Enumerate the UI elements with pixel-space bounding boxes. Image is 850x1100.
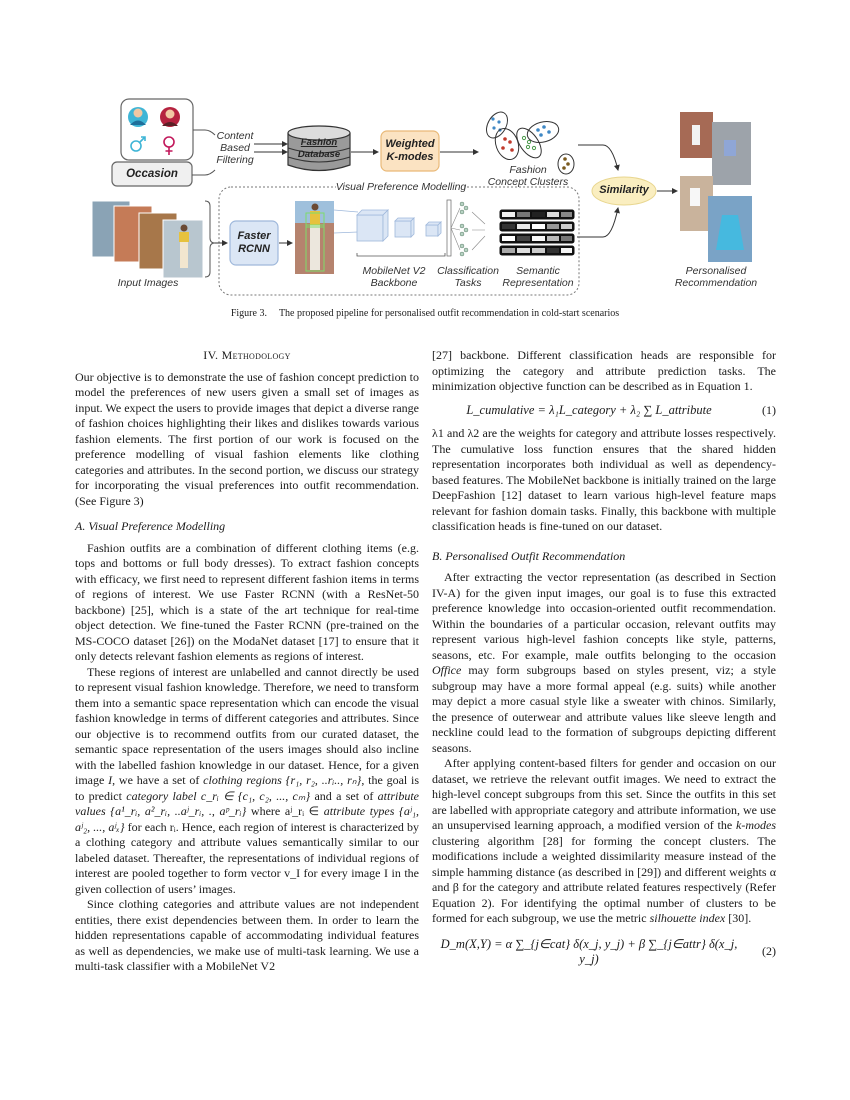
occasion-box: Occasion (112, 162, 192, 186)
a2-attribute-types: attribute types (324, 804, 395, 818)
detected-person-image (295, 201, 334, 274)
classification-line1: Classification (433, 265, 503, 277)
content-filter-line2: Based (212, 142, 258, 154)
paragraph-lambda: λ1 and λ2 are the weights for category a… (432, 426, 776, 535)
paragraph-b2: After applying content-based filters for… (432, 756, 776, 927)
mobilenet-line1: MobileNet V2 (354, 265, 434, 277)
paragraph-a1: Fashion outfits are a combination of dif… (75, 541, 419, 665)
semantic-label: Semantic Representation (498, 265, 578, 289)
content-filter-line1: Content (212, 130, 258, 142)
female-avatar-icon (160, 107, 180, 127)
weighted-kmodes-box: Weighted K-modes (381, 131, 439, 171)
clusters-line1: Fashion (478, 164, 578, 176)
a2-text-6: for each rᵢ. Hence, each region of inter… (75, 820, 419, 896)
left-column: IV. Methodology Our objective is to demo… (75, 348, 419, 975)
male-avatar-icon (128, 107, 148, 127)
db-line2: Database (298, 149, 340, 161)
clusters-line2: Concept Clusters (478, 176, 578, 188)
a2-clothing-regions: clothing regions (203, 773, 282, 787)
equation-2-body: D_m(X,Y) = α ∑_{j∈cat} δ(x_j, y_j) + β ∑… (432, 937, 746, 968)
similarity-node: Similarity (592, 184, 656, 197)
caption-text: The proposed pipeline for personalised o… (279, 308, 619, 319)
paragraph-a3: Since clothing categories and attribute … (75, 897, 419, 975)
personalised-label: Personalised Recommendation (668, 265, 764, 289)
fashion-clusters-label: Fashion Concept Clusters (478, 164, 578, 188)
b1-office: Office (432, 663, 461, 677)
subsection-b-title: B. Personalised Outfit Recommendation (432, 549, 776, 565)
db-line1: Fashion (301, 137, 337, 149)
a2-region-set: {r₁, r₂, ..rᵢ.., rₙ} (282, 773, 361, 787)
equation-2: D_m(X,Y) = α ∑_{j∈cat} δ(x_j, y_j) + β ∑… (432, 937, 776, 968)
b2-kmodes: k-modes (736, 818, 776, 832)
a2-text-1: These regions of interest are unlabelled… (75, 665, 419, 788)
recommendation-images (680, 112, 752, 262)
a2-text-5: where aʲ_rᵢ ∈ (246, 804, 323, 818)
equation-1: L_cumulative = λ₁L_category + λ₂ ∑ L_att… (432, 403, 776, 419)
figure-caption: Figure 3.The proposed pipeline for perso… (0, 308, 850, 319)
paragraph-continued: [27] backbone. Different classification … (432, 348, 776, 395)
pipeline-figure: Occasion Content Based Filtering Fashion… (0, 0, 850, 340)
b1-text-2: may form subgroups based on styles prese… (432, 663, 776, 755)
a2-text-4: and a set of (310, 789, 378, 803)
kmodes-line2: K-modes (386, 151, 433, 164)
mobilenet-label: MobileNet V2 Backbone (354, 265, 434, 289)
mobilenet-backbone-icon (357, 210, 441, 241)
b1-text-1: After extracting the vector representati… (432, 570, 776, 662)
personalised-line2: Recommendation (668, 277, 764, 289)
a2-text-2: , we have a set of (112, 773, 203, 787)
section-title: Methodology (222, 348, 291, 362)
classification-heads-icon (447, 200, 485, 256)
semantic-line2: Representation (498, 277, 578, 289)
section-heading: IV. Methodology (75, 348, 419, 364)
paragraph-a2: These regions of interest are unlabelled… (75, 665, 419, 898)
a2-attribute-set: {a¹_rᵢ, a²_rᵢ, ..aʲ_rᵢ, ., aᵖ_rᵢ} (106, 804, 247, 818)
equation-1-body: L_cumulative = λ₁L_category + λ₂ ∑ L_att… (432, 403, 746, 419)
personalised-line1: Personalised (668, 265, 764, 277)
classification-label: Classification Tasks (433, 265, 503, 289)
equation-2-number: (2) (746, 944, 776, 960)
kmodes-line1: Weighted (385, 138, 434, 151)
rcnn-line1: Faster (237, 230, 270, 243)
input-images-label: Input Images (108, 277, 188, 289)
semantic-line1: Semantic (498, 265, 578, 277)
classification-line2: Tasks (433, 277, 503, 289)
content-filter-line3: Filtering (212, 154, 258, 166)
mobilenet-line2: Backbone (354, 277, 434, 289)
b2-silhouette: silhouette index (650, 911, 726, 925)
equation-1-number: (1) (746, 403, 776, 419)
right-column: [27] backbone. Different classification … (432, 348, 776, 976)
a2-category-label: category label (126, 789, 196, 803)
input-images-stack (92, 201, 203, 278)
a2-category-set: c_rᵢ ∈ {c₁, c₂, ..., cₘ} (197, 789, 311, 803)
visual-pref-label: Visual Preference Modelling (334, 181, 468, 193)
faster-rcnn-box: Faster RCNN (230, 221, 278, 265)
intro-paragraph: Our objective is to demonstrate the use … (75, 370, 419, 510)
b2-text-3: [30]. (725, 911, 751, 925)
figure-number: Figure 3. (231, 308, 267, 319)
subsection-a-title: A. Visual Preference Modelling (75, 519, 419, 535)
paragraph-b1: After extracting the vector representati… (432, 570, 776, 756)
fashion-database-label: Fashion Database (288, 137, 350, 161)
semantic-representation-icon (500, 210, 574, 255)
rcnn-line2: RCNN (238, 243, 270, 256)
content-filter-label: Content Based Filtering (212, 130, 258, 166)
b2-text-1: After applying content-based filters for… (432, 756, 776, 832)
section-number: IV. (203, 348, 218, 362)
